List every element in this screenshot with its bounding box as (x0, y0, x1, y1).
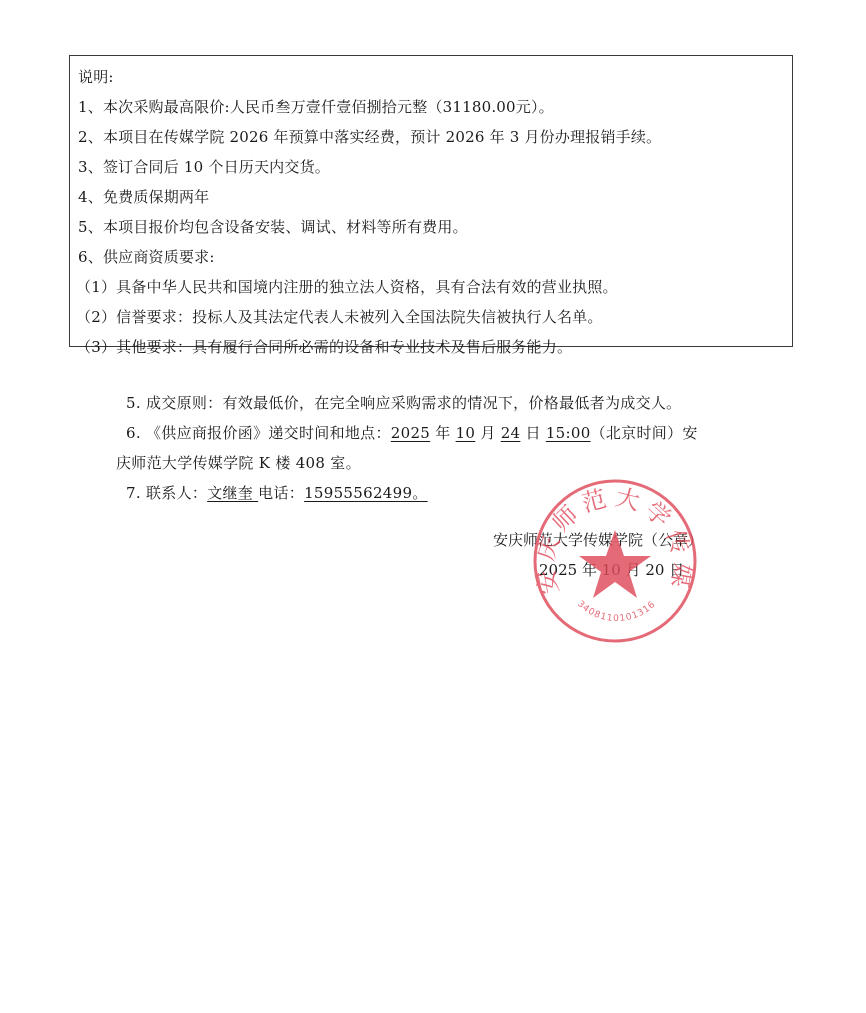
submission-year: 2025 (391, 424, 430, 442)
submission-day: 24 (501, 424, 521, 442)
note-item-4: 4、免费质保期两年 (78, 182, 792, 212)
seal-stamp-icon: 安庆师范大学传媒学院 3408110101316 (532, 478, 698, 644)
notes-heading: 说明: (78, 62, 792, 92)
month-unit: 月 (475, 424, 500, 442)
seal-code: 3408110101316 (575, 599, 658, 624)
note-item-5: 5、本项目报价均包含设备安装、调试、材料等所有费用。 (78, 212, 792, 242)
year-unit: 年 (430, 424, 455, 442)
note-item-2: 2、本项目在传媒学院 2026 年预算中落实经费，预计 2026 年 3 月份办… (78, 122, 792, 152)
note-item-3: 3、签订合同后 10 个日历天内交货。 (78, 152, 792, 182)
submission-time-place: 6. 《供应商报价函》递交时间和地点：2025 年 10 月 24 日 15:0… (126, 418, 756, 448)
notes-box: 说明: 1、本次采购最高限价:人民币叁万壹仟壹佰捌拾元整（31180.00元）。… (69, 55, 793, 347)
contact-name: 文继奎 (207, 484, 258, 502)
contact-prefix: 7. 联系人： (126, 484, 207, 502)
transaction-principle: 5. 成交原则：有效最低价，在完全响应采购需求的情况下，价格最低者为成交人。 (126, 388, 756, 418)
phone-label: 电话： (258, 484, 304, 502)
day-unit: 日 (520, 424, 545, 442)
note-sub-item-3: （3）其他要求：具有履行合同所必需的设备和专业技术及售后服务能力。 (76, 332, 792, 362)
submission-location: 庆师范大学传媒学院 K 楼 408 室。 (0, 448, 756, 478)
time-suffix: （北京时间）安 (591, 424, 698, 442)
note-sub-item-2: （2）信誉要求：投标人及其法定代表人未被列入全国法院失信被执行人名单。 (76, 302, 792, 332)
submission-prefix: 6. 《供应商报价函》递交时间和地点： (126, 424, 391, 442)
note-item-1: 1、本次采购最高限价:人民币叁万壹仟壹佰捌拾元整（31180.00元）。 (78, 92, 792, 122)
submission-month: 10 (456, 424, 476, 442)
submission-time: 15:00 (546, 424, 591, 442)
contact-phone: 15955562499。 (304, 484, 428, 502)
note-item-6: 6、供应商资质要求: (78, 242, 792, 272)
official-seal: 安庆师范大学传媒学院 3408110101316 (532, 478, 698, 644)
note-sub-item-1: （1）具备中华人民共和国境内注册的独立法人资格，具有合法有效的营业执照。 (76, 272, 792, 302)
